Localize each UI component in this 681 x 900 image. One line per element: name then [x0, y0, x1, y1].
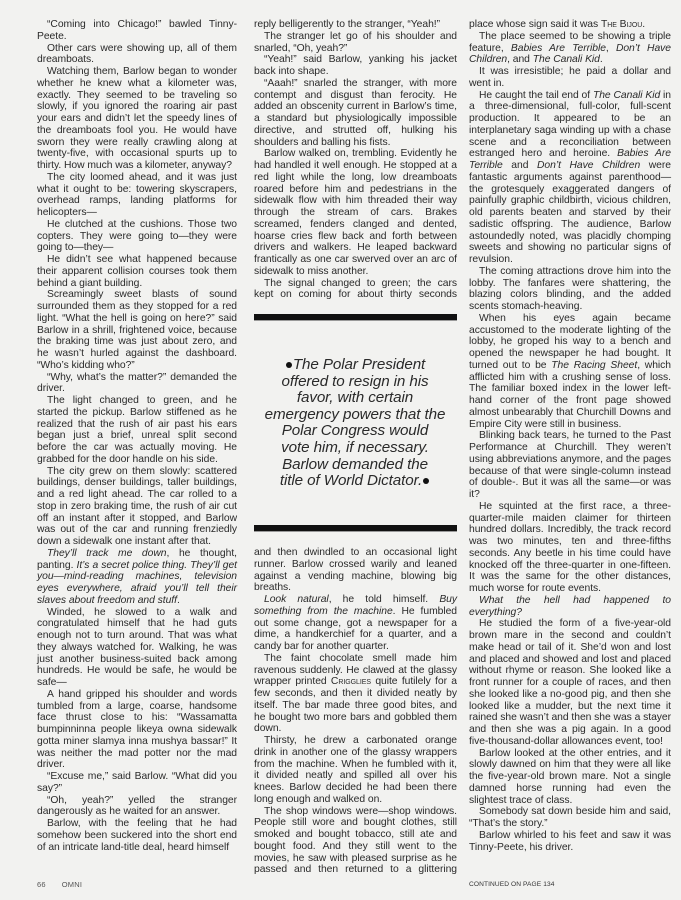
paragraph: place whose sign said it was The Bijou. [469, 19, 671, 31]
paragraph: The light changed to green, and he start… [37, 395, 237, 466]
paragraph: The stranger let go of his shoulder and … [254, 31, 457, 55]
paragraph: “Coming into Chicago!” bawled Tinny-Peet… [37, 19, 237, 43]
paragraph: The city grew on them slowly: scattered … [37, 466, 237, 548]
text-column-3: place whose sign said it was The Bijou. … [469, 19, 671, 853]
continued-notice: CONTINUED ON PAGE 134 [469, 881, 555, 888]
paragraph: “Yeah!” said Barlow, yanking his jacket … [254, 54, 457, 78]
paragraph: Watching them, Barlow began to wonder wh… [37, 66, 237, 172]
paragraph: He didn’t see what happened because thei… [37, 254, 237, 289]
paragraph-italic: What the hell had happened to everything… [469, 595, 671, 619]
italic-text: Look natural [264, 594, 329, 605]
paragraph: He caught the tail end of The Canali Kid… [469, 90, 671, 266]
paragraph: and then dwindled to an occasional light… [254, 547, 457, 594]
pull-quote-bottom-rule [254, 525, 457, 531]
paragraph: The coming attractions drove him into th… [469, 266, 671, 313]
text: . [642, 19, 645, 30]
text: . [600, 54, 603, 65]
paragraph: The shop windows were—shop windows. Peop… [254, 806, 457, 877]
paragraph: Barlow, with the feeling that he had som… [37, 818, 237, 853]
pull-quote-line: offered to resign in his [281, 373, 428, 390]
italic-text: They’ll track me down [47, 548, 166, 559]
pull-quote-line: The Polar President [293, 356, 425, 373]
paragraph: A hand gripped his shoulder and words tu… [37, 689, 237, 771]
pull-quote-line: vote him, if necessary. [281, 439, 429, 456]
brand-name: Crigglies [331, 676, 371, 687]
text-column-1: “Coming into Chicago!” bawled Tinny-Peet… [37, 19, 237, 853]
film-title: The Canali Kid [533, 54, 600, 65]
theater-sign: The Bijou [601, 19, 642, 30]
pull-quote-line: emergency powers that the [265, 406, 446, 423]
text: . [177, 595, 180, 606]
text: were fantastic arguments against parenth… [469, 160, 671, 265]
magazine-page: “Coming into Chicago!” bawled Tinny-Peet… [0, 0, 681, 900]
paragraph: Other cars were showing up, all of them … [37, 43, 237, 67]
open-quote-bullet-icon [286, 362, 292, 368]
text: , he told himself. [329, 594, 440, 605]
paragraph: Winded, he slowed to a walk and congratu… [37, 607, 237, 689]
close-quote-bullet-icon [423, 478, 429, 484]
paragraph: He studied the form of a five-year-old b… [469, 618, 671, 747]
pull-quote-line: Polar Congress would [282, 422, 429, 439]
magazine-name: OMNI [62, 880, 82, 889]
paragraph: The signal changed to green; the cars ke… [254, 278, 457, 302]
paragraph: reply belligerently to the stranger, “Ye… [254, 19, 457, 31]
text: , and [507, 54, 533, 65]
paragraph-italic-thought: They’ll track me down, he thought, panti… [37, 548, 237, 607]
film-title: Don’t Have Children [537, 160, 640, 171]
pull-quote-top-rule [254, 314, 457, 320]
paragraph: The place seemed to be showing a triple … [469, 31, 671, 66]
paragraph: Barlow whirled to his feet and saw it wa… [469, 830, 671, 854]
paragraph: The city loomed ahead, and it was just w… [37, 172, 237, 219]
paragraph: Screamingly sweet blasts of sound surrou… [37, 289, 237, 371]
paragraph: Somebody sat down beside him and said, “… [469, 806, 671, 830]
pull-quote: The Polar President offered to resign in… [260, 357, 450, 490]
text-column-2-bottom: and then dwindled to an occasional light… [254, 547, 457, 876]
newspaper-title: The Racing Sheet [551, 360, 637, 371]
page-number: 66 [37, 880, 46, 889]
paragraph: “Why, what’s the matter?” demanded the d… [37, 372, 237, 396]
page-footer: 66OMNI [37, 880, 98, 889]
text-column-2-top: reply belligerently to the stranger, “Ye… [254, 19, 457, 301]
paragraph: The faint chocolate smell made him raven… [254, 653, 457, 735]
paragraph: He squinted at the first race, a three-q… [469, 501, 671, 595]
paragraph: It was irresistible; he paid a dollar an… [469, 66, 671, 90]
text: place whose sign said it was [469, 19, 601, 30]
paragraph-italic-thought: Look natural, he told himself. Buy somet… [254, 594, 457, 653]
paragraph: When his eyes again became accustomed to… [469, 313, 671, 431]
text: , [606, 43, 616, 54]
pull-quote-line: favor, with certain [297, 389, 413, 406]
italic-text: What the hell had happened to everything… [469, 595, 671, 618]
paragraph: “Aaah!” snarled the stranger, with more … [254, 78, 457, 149]
paragraph: “Oh, yeah?” yelled the stranger dangerou… [37, 795, 237, 819]
paragraph: He clutched at the cushions. Those two c… [37, 219, 237, 254]
paragraph: “Excuse me,” said Barlow. “What did you … [37, 771, 237, 795]
film-title: Babies Are Terrible [511, 43, 606, 54]
paragraph: Barlow looked at the other entries, and … [469, 748, 671, 807]
text: He caught the tail end of [479, 90, 593, 101]
pull-quote-line: title of World Dictator. [280, 472, 422, 489]
text: and [503, 160, 537, 171]
paragraph: Blinking back tears, he turned to the Pa… [469, 430, 671, 501]
paragraph: Thirsty, he drew a carbonated orange dri… [254, 735, 457, 806]
film-title: The Canali Kid [593, 90, 660, 101]
pull-quote-line: Barlow demanded the [282, 456, 428, 473]
paragraph: Barlow walked on, trembling. Evidently h… [254, 148, 457, 277]
